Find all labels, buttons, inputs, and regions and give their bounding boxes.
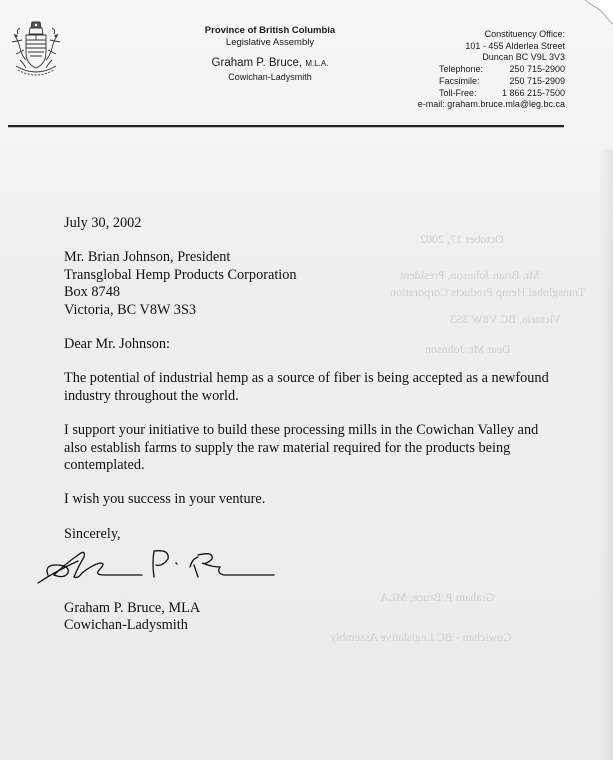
bleed-through-text: Cowichan - BC Legislative Assembly <box>330 630 511 645</box>
salutation: Dear Mr. Johnson: <box>64 336 584 353</box>
office-telephone: Telephone:250 715-2900 <box>418 64 565 76</box>
fax-label: Facsimile: <box>439 76 499 88</box>
tollfree-value: 1 866 215-7500 <box>499 88 565 100</box>
recipient-line: Victoria, BC V8W 3S3 <box>64 302 584 319</box>
letter-page: October 17, 2002 Mr. Brian Johnson, Pres… <box>0 0 613 760</box>
body-paragraph: I support your initiative to build these… <box>64 422 564 474</box>
telephone-value: 250 715-2900 <box>499 64 565 76</box>
riding-name: Cowichan-Ladysmith <box>190 71 350 83</box>
letterhead-divider-shadow <box>8 127 564 128</box>
bc-coat-of-arms-icon <box>8 20 64 82</box>
signer-block: Graham P. Bruce, MLA Cowichan-Ladysmith <box>64 600 200 635</box>
torn-corner-icon <box>583 0 613 28</box>
office-heading: Constituency Office: <box>418 29 565 41</box>
letterhead-center: Province of British Columbia Legislative… <box>190 25 350 83</box>
office-fax: Facsimile:250 715-2909 <box>418 76 565 88</box>
office-address-line2: Duncan BC V9L 3V3 <box>418 52 565 64</box>
bleed-through-text: Graham P. Bruce, MLA <box>380 590 494 605</box>
province-name: Province of British Columbia <box>190 25 350 37</box>
assembly-name: Legislative Assembly <box>190 37 350 49</box>
email-label: e-mail: <box>418 99 445 109</box>
closing: Sincerely, <box>64 526 584 543</box>
tollfree-label: Toll-Free: <box>439 88 499 100</box>
page-shadow <box>599 150 613 760</box>
body-paragraph: I wish you success in your venture. <box>64 491 584 508</box>
fax-value: 250 715-2909 <box>499 76 565 88</box>
office-email: e-mail: graham.bruce.mla@leg.bc.ca <box>418 99 565 111</box>
recipient-line: Transglobal Hemp Products Corporation <box>64 267 584 284</box>
constituency-office-block: Constituency Office: 101 - 455 Alderlea … <box>418 29 565 111</box>
body-paragraph: The potential of industrial hemp as a so… <box>64 370 564 405</box>
recipient-address: Mr. Brian Johnson, President Transglobal… <box>64 249 584 319</box>
email-value: graham.bruce.mla@leg.bc.ca <box>447 99 565 109</box>
member-name: Graham P. Bruce, M.L.A. <box>190 56 350 71</box>
telephone-label: Telephone: <box>439 64 499 76</box>
letter-date: July 30, 2002 <box>64 215 584 232</box>
office-tollfree: Toll-Free:1 866 215-7500 <box>418 88 565 100</box>
recipient-line: Box 8748 <box>64 284 584 301</box>
member-name-text: Graham P. Bruce, <box>212 57 303 69</box>
letter-body: July 30, 2002 Mr. Brian Johnson, Preside… <box>64 215 584 543</box>
recipient-line: Mr. Brian Johnson, President <box>64 249 584 266</box>
handwritten-signature-icon <box>34 545 284 595</box>
office-address-line1: 101 - 455 Alderlea Street <box>418 41 565 53</box>
member-suffix: M.L.A. <box>305 59 328 68</box>
signer-riding: Cowichan-Ladysmith <box>64 617 200 634</box>
signer-name: Graham P. Bruce, MLA <box>64 600 200 617</box>
